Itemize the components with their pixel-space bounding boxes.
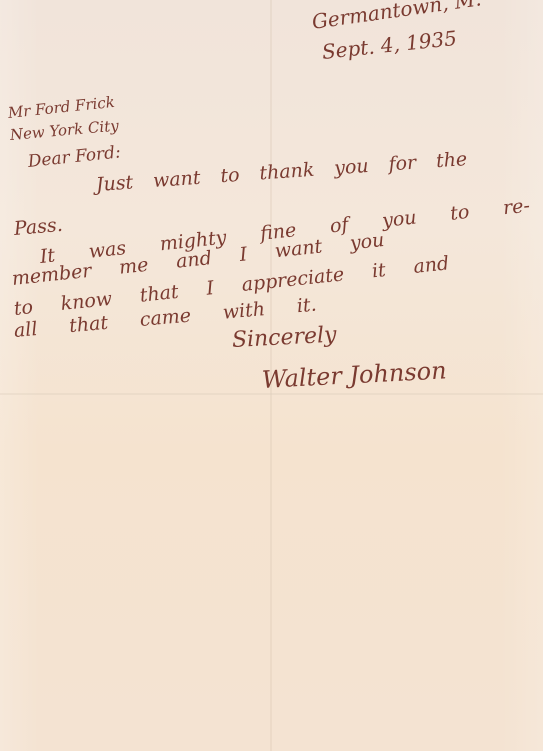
recipient-name: Mr Ford Frick [7, 95, 115, 121]
signature: Walter Johnson [261, 358, 447, 392]
salutation: Dear Ford: [27, 144, 121, 171]
heading-date: Sept. 4, 1935 [321, 28, 458, 62]
closing: Sincerely [231, 325, 337, 352]
heading-place: Germantown, M. [311, 0, 483, 32]
body-line: Pass. [13, 216, 63, 239]
recipient-city: New York City [9, 119, 119, 143]
letter-page: Germantown, M. Sept. 4, 1935 Mr Ford Fri… [0, 0, 543, 751]
body-line: Just want to thank you for the [95, 150, 467, 195]
